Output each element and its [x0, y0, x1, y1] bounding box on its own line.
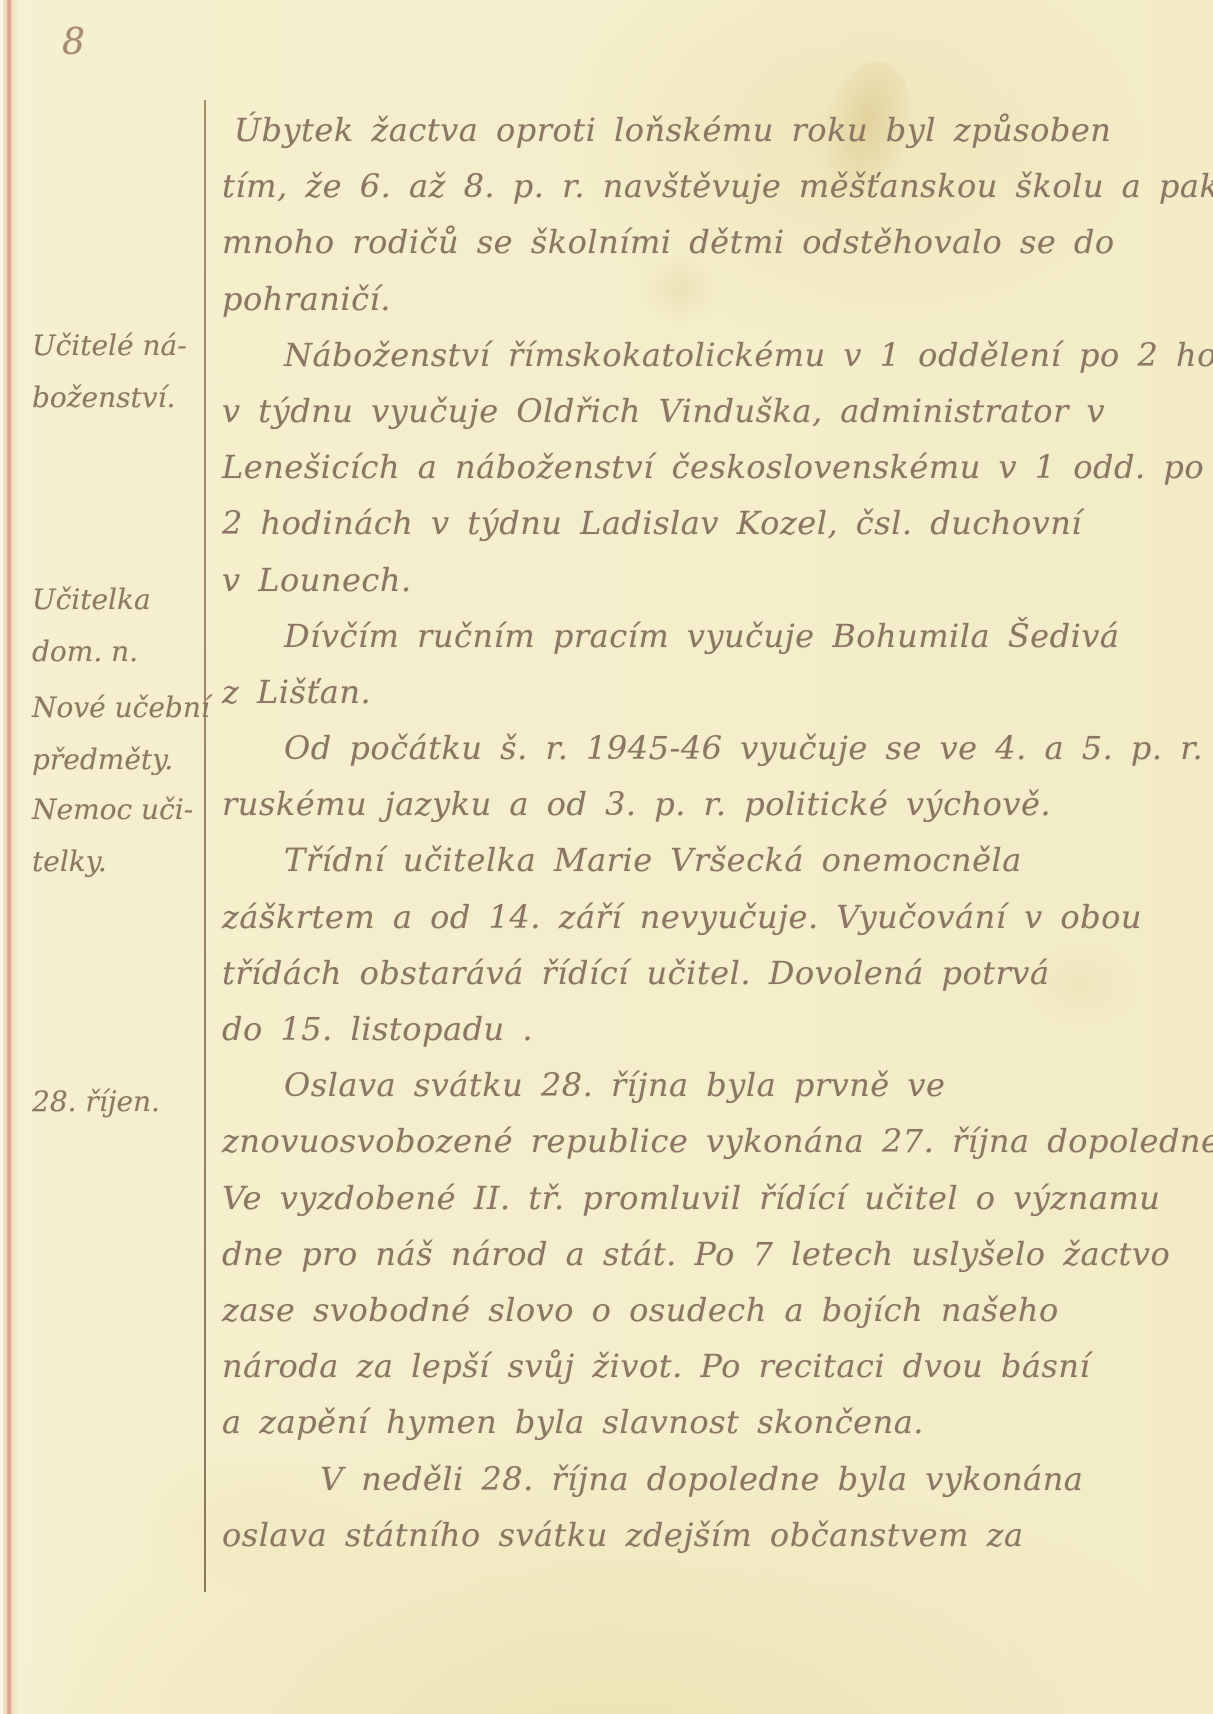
body-line: z Lišťan.	[222, 664, 1207, 720]
margin-note-line: Učitelka	[32, 574, 204, 626]
body-line: záškrtem a od 14. září nevyučuje. Vyučov…	[222, 889, 1207, 945]
body-line: oslava státního svátku zdejším občanstve…	[222, 1507, 1207, 1563]
margin-note-line: 28. říjen.	[32, 1076, 204, 1128]
body-line: zase svobodné slovo o osudech a bojích n…	[222, 1282, 1207, 1338]
body-line: třídách obstarává řídící učitel. Dovolen…	[222, 945, 1207, 1001]
body-line: Náboženství římskokatolickému v 1 odděle…	[222, 327, 1207, 383]
body-line: v Lounech.	[222, 552, 1207, 608]
body-line: Dívčím ručním pracím vyučuje Bohumila Še…	[222, 608, 1207, 664]
body-line: Od počátku š. r. 1945-46 vyučuje se ve 4…	[222, 720, 1207, 776]
margin-note-religion-teachers: Učitelé ná- boženství.	[32, 320, 204, 424]
body-line: tím, že 6. až 8. p. r. navštěvuje měšťan…	[222, 158, 1207, 214]
body-line: dne pro náš národ a stát. Po 7 letech us…	[222, 1226, 1207, 1282]
body-line: Lenešicích a náboženství československém…	[222, 439, 1207, 495]
body-line: ruskému jazyku a od 3. p. r. politické v…	[222, 776, 1207, 832]
body-line: v týdnu vyučuje Oldřich Vinduška, admini…	[222, 383, 1207, 439]
body-line: V neděli 28. října dopoledne byla vykoná…	[222, 1451, 1207, 1507]
margin-note-line: boženství.	[32, 372, 204, 424]
margin-note-line: telky.	[32, 836, 204, 888]
body-line: Ve vyzdobené II. tř. promluvil řídící uč…	[222, 1170, 1207, 1226]
body-line: mnoho rodičů se školními dětmi odstěhova…	[222, 214, 1207, 270]
body-line: Třídní učitelka Marie Vršecká onemocněla	[222, 832, 1207, 888]
handwritten-body: Úbytek žactva oproti loňskému roku byl z…	[222, 102, 1207, 1563]
body-line: pohraničí.	[222, 271, 1207, 327]
page-number: 8	[62, 22, 85, 63]
body-line: do 15. listopadu .	[222, 1001, 1207, 1057]
margin-note-october-28: 28. říjen.	[32, 1076, 204, 1128]
margin-note-line: předměty.	[32, 734, 204, 786]
margin-rule-line	[204, 100, 206, 1592]
margin-note-line: dom. n.	[32, 626, 204, 678]
margin-note-domestic-teacher: Učitelka dom. n.	[32, 574, 204, 678]
body-line: 2 hodinách v týdnu Ladislav Kozel, čsl. …	[222, 495, 1207, 551]
body-line: Úbytek žactva oproti loňskému roku byl z…	[222, 102, 1207, 158]
page-binding-edge	[0, 0, 18, 1714]
body-line: Oslava svátku 28. října byla prvně ve	[222, 1057, 1207, 1113]
body-line: národa za lepší svůj život. Po recitaci …	[222, 1338, 1207, 1394]
body-line: znovuosvobozené republice vykonána 27. ř…	[222, 1113, 1207, 1169]
margin-note-line: Nemoc uči-	[32, 784, 204, 836]
margin-note-line: Nové učební	[32, 682, 204, 734]
margin-note-teacher-illness: Nemoc uči- telky.	[32, 784, 204, 888]
margin-note-new-subjects: Nové učební předměty.	[32, 682, 204, 786]
chronicle-page: 8 Učitelé ná- boženství. Učitelka dom. n…	[0, 0, 1213, 1714]
body-line: a zapění hymen byla slavnost skončena.	[222, 1394, 1207, 1450]
margin-note-line: Učitelé ná-	[32, 320, 204, 372]
